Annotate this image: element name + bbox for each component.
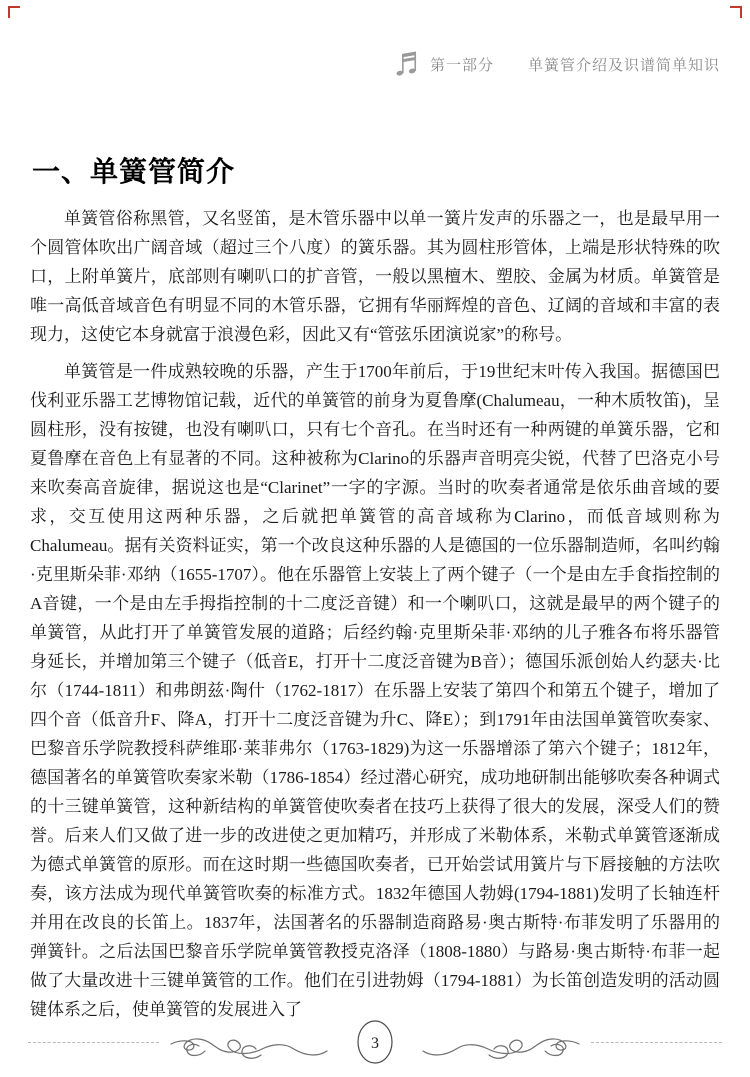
chapter-title: 一、单簧管简介 xyxy=(32,150,720,190)
page-number: 3 xyxy=(371,1035,379,1052)
running-head-section: 第一部分 xyxy=(430,54,494,75)
book-page: 第一部分 单簧管介绍及识谱简单知识 一、单簧管简介 单簧管俗称黑管，又名竖笛，是… xyxy=(0,0,750,1077)
footer-folio: 3 xyxy=(0,1015,750,1069)
paragraph-history: 单簧管是一件成熟较晚的乐器，产生于1700年前后，于19世纪末叶传入我国。据德国… xyxy=(30,357,720,1024)
running-head: 第一部分 单簧管介绍及识谱简单知识 xyxy=(394,50,720,78)
registration-mark-right xyxy=(730,6,742,18)
ornament-line-right xyxy=(591,1042,722,1043)
registration-mark-left xyxy=(8,6,20,18)
music-notes-icon xyxy=(394,50,420,78)
paragraph-intro: 单簧管俗称黑管，又名竖笛，是木管乐器中以单一簧片发声的乐器之一，也是最早用一个圆… xyxy=(30,204,720,349)
ornament-line-left xyxy=(28,1042,159,1043)
folio-ornament: 3 xyxy=(165,1015,585,1069)
running-head-title: 单簧管介绍及识谱简单知识 xyxy=(528,54,720,75)
body-text: 单簧管俗称黑管，又名竖笛，是木管乐器中以单一簧片发声的乐器之一，也是最早用一个圆… xyxy=(30,204,720,1032)
